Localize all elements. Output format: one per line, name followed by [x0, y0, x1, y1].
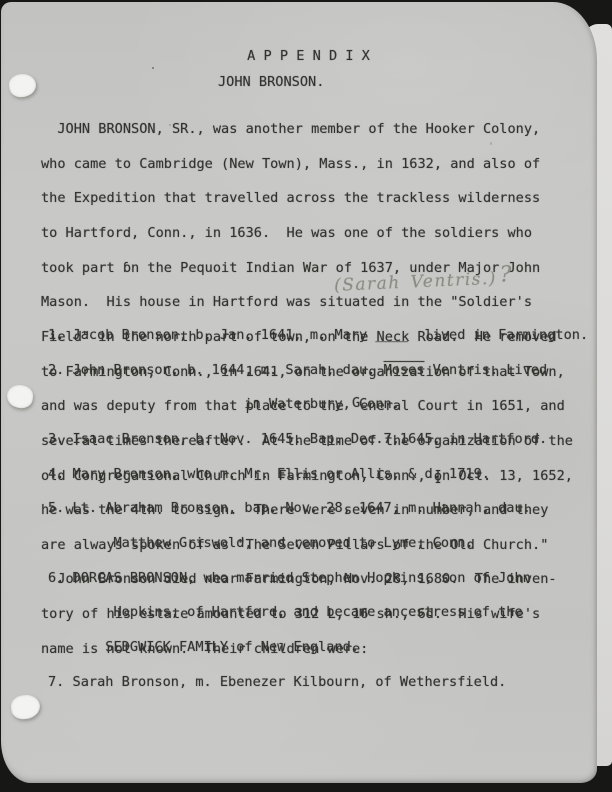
typed-line: the Expedition that travelled across the… — [41, 193, 573, 205]
list-item-continuation: in Waterbury, Conn. — [48, 399, 588, 411]
list-item: 3. Isaac Bronson, b. Nov. 1645. Bap. Dec… — [48, 434, 588, 446]
document-page: A P P E N D I X JOHN BRONSON. JOHN BRONS… — [1, 2, 597, 783]
typed-line: JOHN BRONSON, SR., was another member of… — [41, 124, 573, 136]
overlined-text: Moses — [384, 362, 425, 378]
list-item-continuation: Hopkins, of Hartford, and became ancestr… — [48, 607, 588, 619]
list-item-overlined: 2. John Bronson, b. 1644, m. Sarah, dau.… — [48, 365, 588, 377]
list-item-continuation: SEDGWICK FAMILY of New England. — [48, 642, 588, 654]
list-item: 1. Jacob Bronson, b. Jan. 1641, m. Mary … — [48, 330, 588, 342]
list-item: 7. Sarah Bronson, m. Ebenezer Kilbourn, … — [48, 677, 588, 689]
list-item: 4. Mary Bronson, who m. Mr. Ellis or All… — [48, 469, 588, 481]
punch-hole-top — [7, 72, 37, 99]
typed-segment: 2. John Bronson, b. 1644, m. Sarah, dau. — [48, 362, 384, 378]
list-item-continuation: Matthew Griswold, and removed to Lyme, C… — [48, 538, 588, 550]
punch-hole-bottom — [10, 694, 41, 721]
typed-segment: Ventris. Lived — [424, 362, 547, 378]
typed-line: who came to Cambridge (New Town), Mass.,… — [41, 159, 573, 171]
list-item: 5. Lt. Abraham Bronson, bap. Nov. 28, 16… — [48, 503, 588, 515]
list-item: 6. DORCAS BRONSON, who married Stephen H… — [48, 573, 588, 585]
punch-hole-middle — [6, 384, 34, 410]
pencil-question-mark: ? — [499, 262, 512, 287]
typed-line: to Hartford, Conn., in 1636. He was one … — [41, 228, 573, 240]
title-heading: JOHN BRONSON. — [218, 77, 324, 89]
ink-speck — [152, 67, 154, 69]
children-list: 1. Jacob Bronson, b. Jan. 1641, m. Mary … — [48, 307, 588, 711]
appendix-heading: A P P E N D I X — [41, 51, 576, 63]
